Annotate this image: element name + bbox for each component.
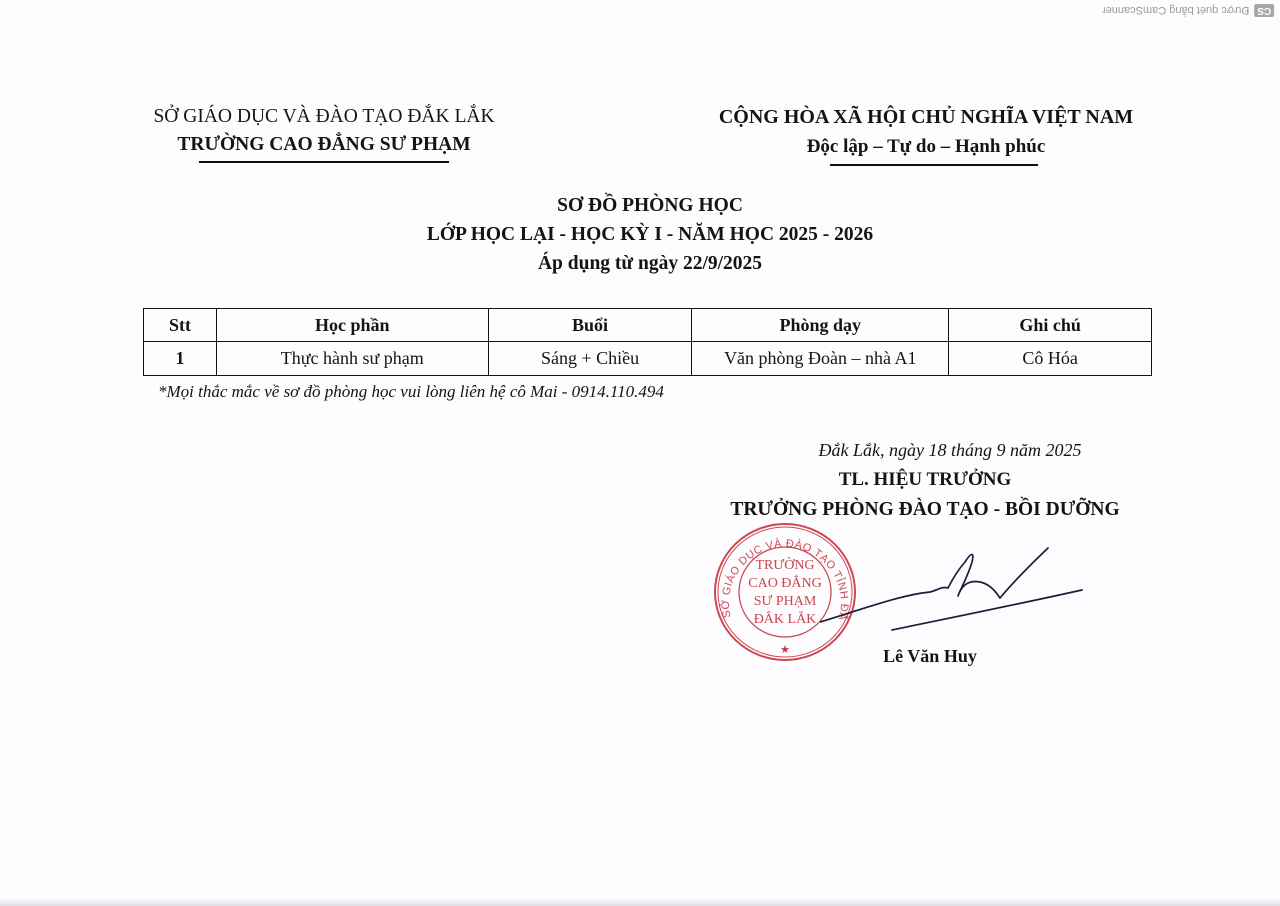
contact-note: *Mọi thắc mắc về sơ đồ phòng học vui lòn… bbox=[158, 382, 664, 402]
signer-role: TL. HIỆU TRƯỞNG bbox=[700, 465, 1150, 494]
seal-line-2: CAO ĐẲNG bbox=[748, 574, 822, 591]
title-line-1: SƠ ĐỒ PHÒNG HỌC bbox=[300, 191, 1000, 220]
header-note: Ghi chú bbox=[949, 309, 1152, 342]
cell-session: Sáng + Chiều bbox=[488, 342, 692, 376]
camscanner-logo-icon: CS bbox=[1254, 4, 1274, 17]
camscanner-text: Được quét bằng CamScanner bbox=[1102, 5, 1249, 17]
effective-date: Áp dụng từ ngày 22/9/2025 bbox=[300, 249, 1000, 278]
cell-course: Thực hành sư phạm bbox=[216, 342, 488, 376]
header-stt: Stt bbox=[144, 309, 217, 342]
seal-line-1: TRƯỜNG bbox=[755, 556, 814, 573]
cell-note: Cô Hóa bbox=[949, 342, 1152, 376]
handwritten-signature-icon bbox=[820, 540, 1100, 640]
camscanner-watermark: CS Được quét bằng CamScanner bbox=[1102, 4, 1274, 17]
place-and-date: Đắk Lắk, ngày 18 tháng 9 năm 2025 bbox=[700, 436, 1150, 465]
issuing-authority-header: SỞ GIÁO DỤC VÀ ĐÀO TẠO ĐẮK LẮK TRƯỜNG CA… bbox=[130, 103, 518, 163]
title-line-2: LỚP HỌC LẠI - HỌC KỲ I - NĂM HỌC 2025 - … bbox=[300, 220, 1000, 249]
document-title: SƠ ĐỒ PHÒNG HỌC LỚP HỌC LẠI - HỌC KỲ I -… bbox=[300, 191, 1000, 278]
table-row: 1 Thực hành sư phạm Sáng + Chiều Văn phò… bbox=[144, 342, 1152, 376]
header-room: Phòng dạy bbox=[692, 309, 949, 342]
republic-name: CỘNG HÒA XÃ HỘI CHỦ NGHĨA VIỆT NAM bbox=[700, 103, 1152, 131]
header-course: Học phần bbox=[216, 309, 488, 342]
school-underline bbox=[199, 161, 449, 163]
header-session: Buổi bbox=[488, 309, 692, 342]
cell-stt: 1 bbox=[144, 342, 217, 376]
ministry-name: SỞ GIÁO DỤC VÀ ĐÀO TẠO ĐẮK LẮK bbox=[130, 103, 518, 131]
seal-line-3: SƯ PHẠM bbox=[754, 594, 817, 609]
signer-name: Lê Văn Huy bbox=[870, 646, 990, 667]
cell-room: Văn phòng Đoàn – nhà A1 bbox=[692, 342, 949, 376]
national-header: CỘNG HÒA XÃ HỘI CHỦ NGHĨA VIỆT NAM Độc l… bbox=[700, 103, 1152, 166]
seal-line-4: ĐẮK LẮK bbox=[754, 610, 817, 627]
scan-edge-shadow bbox=[0, 898, 1280, 906]
seal-star-icon: ★ bbox=[780, 644, 790, 656]
motto-underline bbox=[830, 164, 1038, 166]
national-motto: Độc lập – Tự do – Hạnh phúc bbox=[700, 131, 1152, 162]
signature-block: Đắk Lắk, ngày 18 tháng 9 năm 2025 TL. HI… bbox=[700, 436, 1150, 526]
school-name: TRƯỜNG CAO ĐẲNG SƯ PHẠM bbox=[130, 131, 518, 159]
table-header-row: Stt Học phần Buổi Phòng dạy Ghi chú bbox=[144, 309, 1152, 342]
classroom-schedule-table: Stt Học phần Buổi Phòng dạy Ghi chú 1 Th… bbox=[143, 308, 1152, 376]
